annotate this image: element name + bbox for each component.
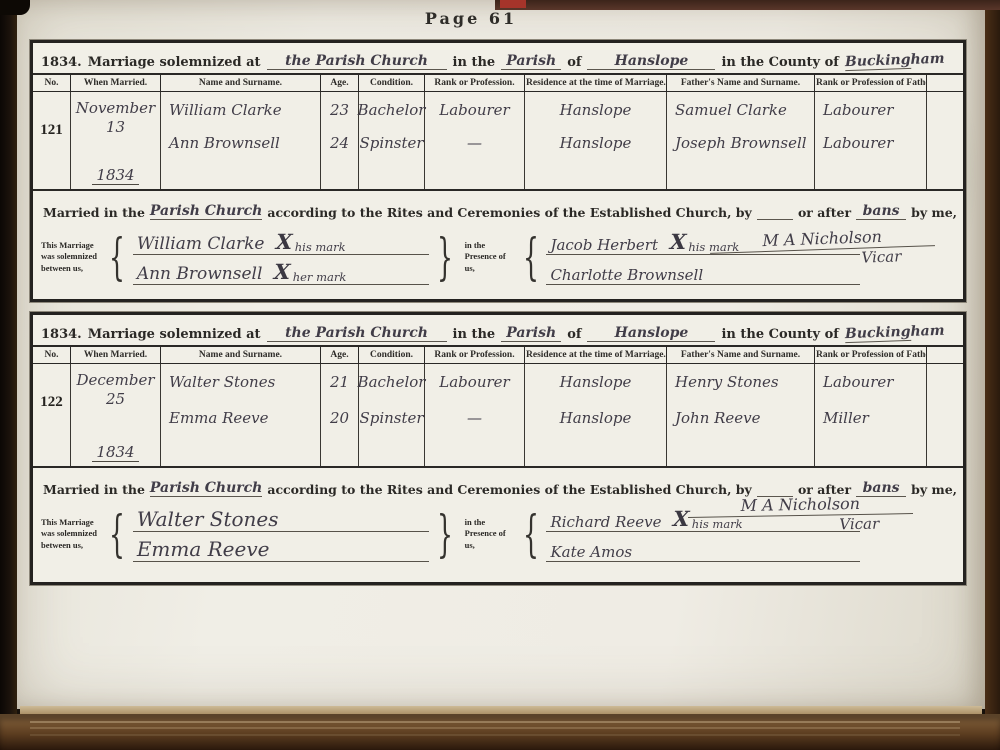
couple-signatures: William Clarke X his mark Ann Brownsell … [133, 229, 429, 285]
col-residence: Residence at the time of Marriage. [525, 75, 667, 91]
entry-number: 121 [40, 122, 63, 139]
of-label: of [567, 327, 581, 342]
bride-residence: Hanslope [560, 409, 632, 427]
col-father: Father's Name and Surname. [667, 75, 815, 91]
col-condition: Condition. [359, 75, 425, 91]
bride-father: Joseph Brownsell [675, 134, 807, 152]
bride-signature: Ann Brownsell [137, 264, 263, 284]
married-in-label: Married in the [43, 205, 145, 220]
groom-age: 21 [330, 373, 349, 391]
groom-father: Henry Stones [675, 373, 779, 391]
parish-handwritten: Hanslope [587, 53, 715, 70]
col-no: No. [33, 75, 71, 91]
margin-cell [927, 92, 963, 189]
col-name: Name and Surname. [161, 347, 321, 363]
married-in-label: Married in the [43, 482, 145, 497]
date-month: November [76, 99, 155, 117]
solemnized-between-label: This Marriage was solemnized between us, [41, 517, 101, 550]
col-no: No. [33, 347, 71, 363]
in-the-label: in the [453, 327, 496, 342]
bride-father-rank: Labourer [823, 134, 893, 152]
witness-open-brace: { [523, 237, 539, 277]
bride-signature: Emma Reeve [137, 537, 270, 561]
bride-signature-line: Emma Reeve [133, 536, 429, 562]
solemnized-between-label: This Marriage was solemnized between us, [41, 240, 101, 273]
witness-open-brace: { [523, 514, 539, 554]
by-me-label: by me, [911, 482, 957, 497]
county-of-label: in the County of [721, 327, 838, 342]
col-margin [927, 347, 963, 363]
witness1-signature: Jacob Herbert [550, 236, 658, 254]
county-of-label: in the County of [721, 55, 838, 70]
groom-residence: Hanslope [560, 101, 632, 119]
date-year: 1834 [71, 443, 160, 461]
register-page: Page 61 1834. Marriage solemnized at the… [17, 0, 985, 709]
column-header-row: No. When Married. Name and Surname. Age.… [33, 73, 963, 92]
bride-age: 20 [330, 409, 349, 427]
witness2-signature: Kate Amos [550, 543, 632, 561]
banns-handwritten: bans [856, 203, 906, 220]
col-rank: Rank or Profession. [425, 347, 525, 363]
county-handwritten: Buckingham [845, 324, 912, 343]
col-father-rank: Rank or Profession of Father. [815, 347, 927, 363]
marriage-record-121: 1834. Marriage solemnized at the Parish … [30, 40, 966, 302]
groom-father-rank: Labourer [823, 373, 893, 391]
by-me-label: by me, [911, 205, 957, 220]
presence-label: in the Presence of us, [465, 517, 515, 550]
when-married-cell: November 13 1834 [71, 92, 161, 189]
date-year: 1834 [71, 166, 160, 184]
open-brace: { [109, 514, 125, 554]
officiant-signature: M A Nicholson Vicar [688, 493, 914, 536]
names-cell: William Clarke Ann Brownsell [161, 92, 321, 189]
col-when-married: When Married. [71, 75, 161, 91]
entry-number-cell: 121 [33, 92, 71, 189]
bride-name: Ann Brownsell [169, 134, 280, 152]
presence-label: in the Presence of us, [465, 240, 515, 273]
date-day: 25 [106, 390, 125, 408]
entry-row: 121 November 13 1834 William Clarke Ann … [33, 92, 963, 191]
place-handwritten: the Parish Church [267, 325, 447, 342]
married-place-handwritten: Parish Church [150, 480, 262, 497]
parish-handwritten: Hanslope [587, 325, 715, 342]
entry-number: 122 [40, 394, 63, 411]
groom-condition: Bachelor [358, 101, 426, 119]
marriage-record-122: 1834. Marriage solemnized at the Parish … [30, 312, 966, 585]
groom-age: 23 [330, 101, 349, 119]
bride-age: 24 [330, 134, 349, 152]
when-married-cell: December 25 1834 [71, 364, 161, 466]
entry-number-cell: 122 [33, 364, 71, 466]
father-rank-cell: Labourer Miller [815, 364, 927, 466]
witness2-signature: Charlotte Brownsell [550, 266, 703, 284]
condition-cell: Bachelor Spinster [359, 92, 425, 189]
col-father: Father's Name and Surname. [667, 347, 815, 363]
book-bottom-pages [0, 714, 1000, 750]
in-the-label: in the [453, 55, 496, 70]
residence-cell: Hanslope Hanslope [525, 92, 667, 189]
ages-cell: 23 24 [321, 92, 359, 189]
groom-signature: Walter Stones [137, 507, 279, 531]
col-when-married: When Married. [71, 347, 161, 363]
groom-father-rank: Labourer [823, 101, 893, 119]
date-day: 13 [106, 118, 125, 136]
father-rank-cell: Labourer Labourer [815, 92, 927, 189]
col-condition: Condition. [359, 347, 425, 363]
rank-cell: Labourer — [425, 92, 525, 189]
red-bookmark-tab [500, 0, 526, 8]
record-title-row: 1834. Marriage solemnized at the Parish … [33, 315, 963, 345]
groom-name: Walter Stones [169, 373, 275, 391]
groom-mark-text: his mark [295, 240, 346, 254]
bride-signature-line: Ann Brownsell X her mark [133, 259, 429, 285]
groom-condition: Bachelor [358, 373, 426, 391]
col-name: Name and Surname. [161, 75, 321, 91]
couple-signatures: Walter Stones Emma Reeve [133, 506, 429, 562]
married-in-row: Married in the Parish Church according t… [33, 191, 963, 227]
groom-signature: William Clarke [137, 234, 265, 254]
bride-father-rank: Miller [823, 409, 869, 427]
or-after-label: or after [798, 205, 851, 220]
col-age: Age. [321, 347, 359, 363]
father-names-cell: Samuel Clarke Joseph Brownsell [667, 92, 815, 189]
by-blank-line [757, 219, 793, 220]
year-text: 1834. [41, 327, 82, 342]
married-place-handwritten: Parish Church [150, 203, 262, 220]
groom-name: William Clarke [169, 101, 282, 119]
groom-residence: Hanslope [560, 373, 632, 391]
groom-father: Samuel Clarke [675, 101, 787, 119]
rank-cell: Labourer — [425, 364, 525, 466]
entry-row: 122 December 25 1834 Walter Stones Emma … [33, 364, 963, 468]
of-label: of [567, 55, 581, 70]
county-handwritten: Buckingham [845, 52, 912, 71]
bride-rank: — [467, 409, 482, 427]
book-spine-left [0, 0, 17, 750]
solemnized-label: Marriage solemnized at [88, 55, 261, 70]
register-book-scan: Page 61 1834. Marriage solemnized at the… [0, 0, 1000, 750]
groom-signature-line: William Clarke X his mark [133, 229, 429, 255]
open-brace: { [109, 237, 125, 277]
according-label: according to the Rites and Ceremonies of… [267, 482, 751, 497]
witness1-signature: Richard Reeve [550, 513, 661, 531]
bride-mark-text: her mark [293, 270, 347, 284]
page-number-heading: Page 61 [17, 9, 925, 28]
groom-signature-line: Walter Stones [133, 506, 429, 532]
margin-cell [927, 364, 963, 466]
next-page-edge-strip [495, 0, 1000, 10]
place-handwritten: the Parish Church [267, 53, 447, 70]
bride-condition: Spinster [359, 409, 423, 427]
bride-name: Emma Reeve [169, 409, 269, 427]
names-cell: Walter Stones Emma Reeve [161, 364, 321, 466]
father-names-cell: Henry Stones John Reeve [667, 364, 815, 466]
year-text: 1834. [41, 55, 82, 70]
bride-rank: — [467, 134, 482, 152]
book-edge-right [985, 0, 1000, 750]
col-rank: Rank or Profession. [425, 75, 525, 91]
groom-mark-x: X [273, 229, 296, 254]
date-month: December [76, 371, 154, 389]
bride-condition: Spinster [359, 134, 423, 152]
parish-word-handwritten: Parish [501, 53, 561, 70]
officiant-signature: M A Nicholson Vicar [709, 225, 935, 272]
close-brace: } [437, 514, 453, 554]
col-margin [927, 75, 963, 91]
close-brace: } [437, 237, 453, 277]
ages-cell: 21 20 [321, 364, 359, 466]
book-corner-shadow [0, 0, 30, 15]
bride-residence: Hanslope [560, 134, 632, 152]
solemnized-label: Marriage solemnized at [88, 327, 261, 342]
witness1-mark-x: X [667, 229, 690, 254]
bride-mark-x: X [271, 259, 294, 284]
witness2-signature-line: Kate Amos [546, 536, 860, 562]
groom-rank: Labourer [439, 101, 509, 119]
col-residence: Residence at the time of Marriage. [525, 347, 667, 363]
col-father-rank: Rank or Profession of Father. [815, 75, 927, 91]
groom-rank: Labourer [439, 373, 509, 391]
residence-cell: Hanslope Hanslope [525, 364, 667, 466]
bride-father: John Reeve [675, 409, 761, 427]
according-label: according to the Rites and Ceremonies of… [267, 205, 751, 220]
record-title-row: 1834. Marriage solemnized at the Parish … [33, 43, 963, 73]
parish-word-handwritten: Parish [501, 325, 561, 342]
condition-cell: Bachelor Spinster [359, 364, 425, 466]
col-age: Age. [321, 75, 359, 91]
column-header-row: No. When Married. Name and Surname. Age.… [33, 345, 963, 364]
